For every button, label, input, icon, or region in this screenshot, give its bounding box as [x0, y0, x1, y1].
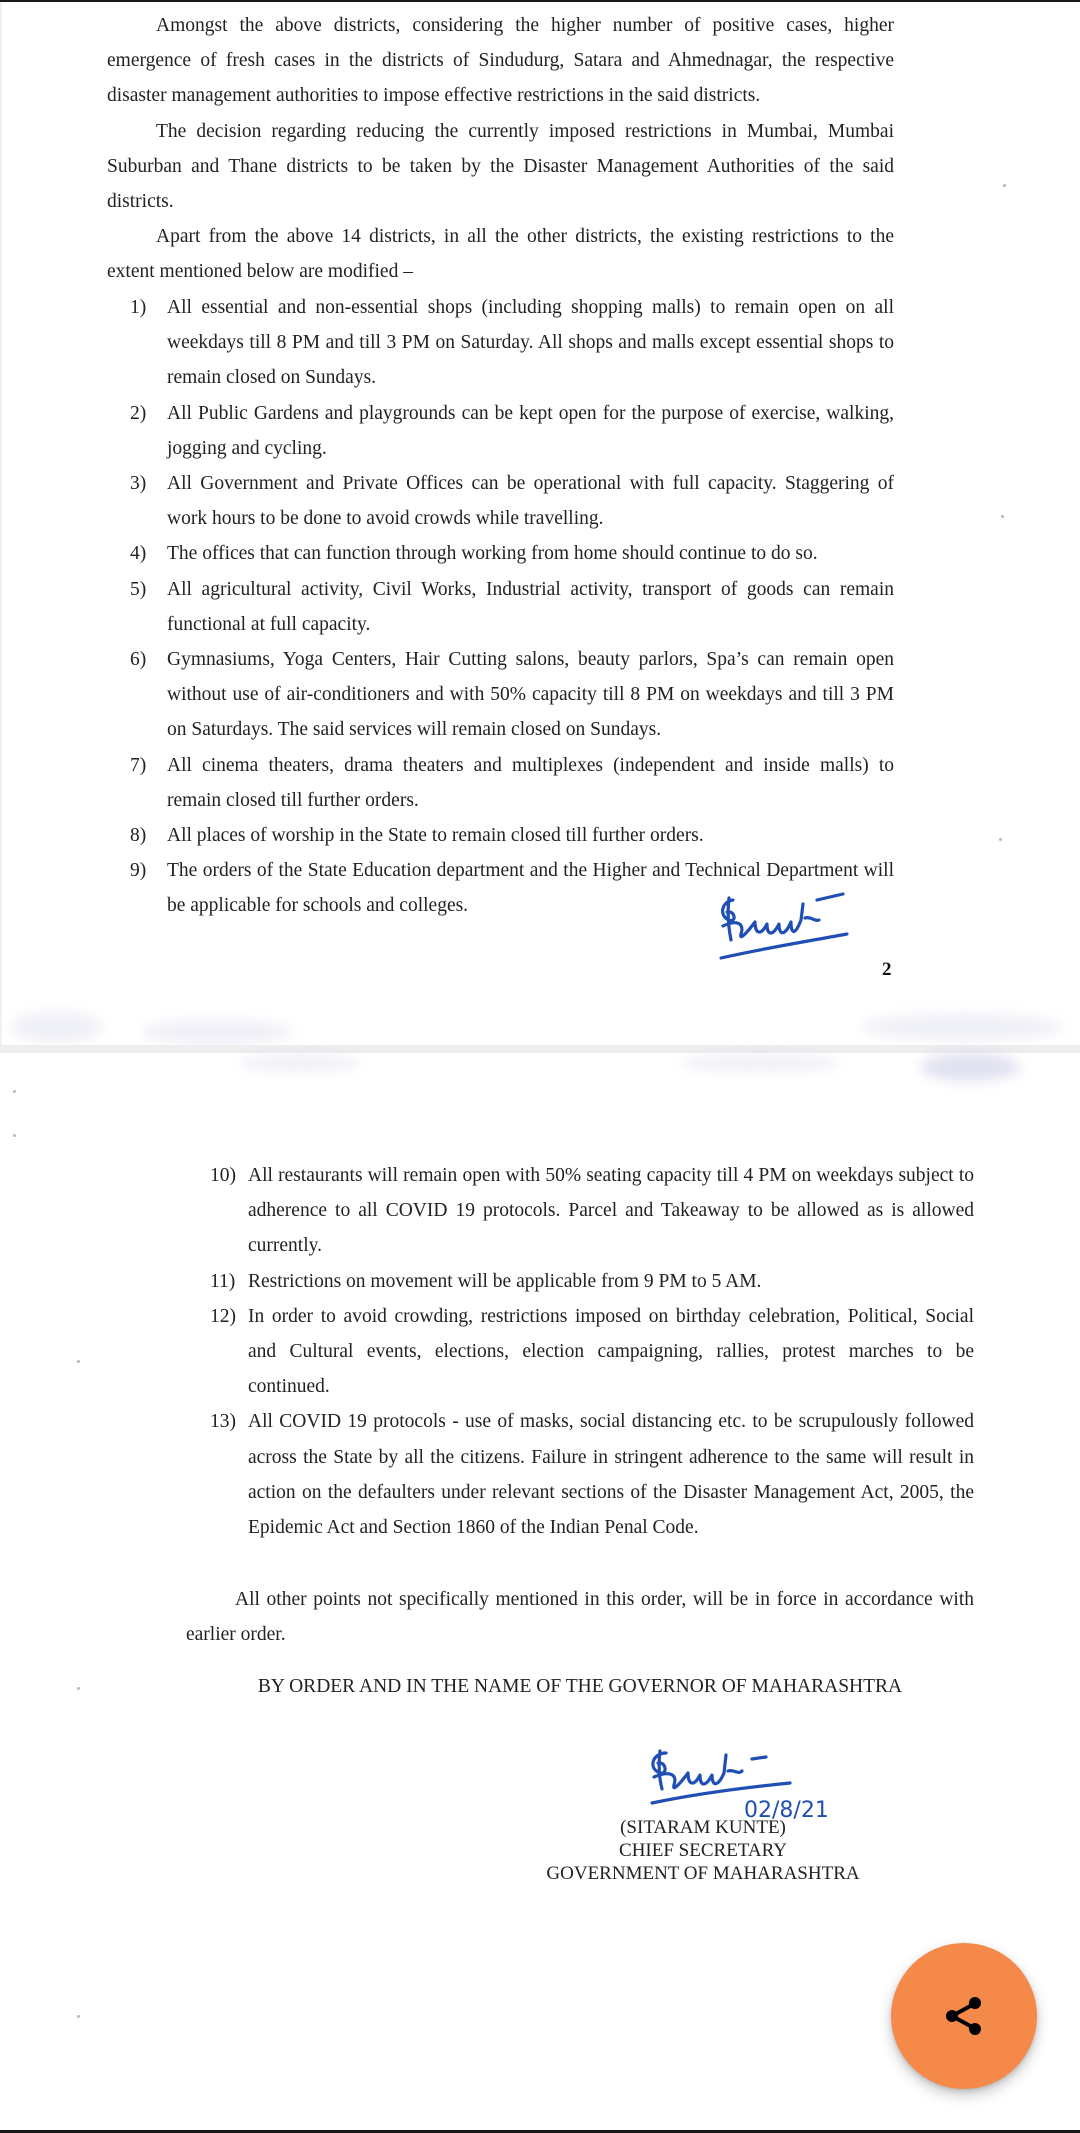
order-text: Gymnasiums, Yoga Centers, Hair Cutting s…	[167, 642, 894, 748]
order-text: Restrictions on movement will be applica…	[248, 1264, 974, 1299]
order-item: 11)Restrictions on movement will be appl…	[210, 1264, 974, 1299]
order-number: 9)	[130, 853, 146, 888]
page-separator	[0, 1045, 1080, 1053]
scan-smudge	[862, 1014, 1062, 1040]
order-number: 12)	[210, 1299, 236, 1334]
order-item: 1)All essential and non-essential shops …	[130, 290, 894, 396]
order-number: 1)	[130, 290, 146, 325]
order-number: 5)	[130, 572, 146, 607]
scan-smudge	[142, 1020, 292, 1044]
order-item: 4)The offices that can function through …	[130, 536, 894, 571]
order-item: 7)All cinema theaters, drama theaters an…	[130, 748, 894, 818]
scan-smudge	[12, 1012, 102, 1042]
signature-initials-page-1	[715, 890, 885, 965]
orders-list-page-2: 10)All restaurants will remain open with…	[210, 1158, 974, 1545]
scan-smudge	[680, 1055, 840, 1071]
order-number: 7)	[130, 748, 146, 783]
signatory-designation: CHIEF SECRETARY	[520, 1839, 886, 1862]
paragraph: Amongst the above districts, considering…	[107, 8, 894, 114]
order-text: The offices that can function through wo…	[167, 536, 894, 571]
scan-smudge	[920, 1053, 1020, 1081]
signatory-name: (SITARAM KUNTE)	[520, 1816, 886, 1839]
order-text: All agricultural activity, Civil Works, …	[167, 572, 894, 642]
order-item: 8)All places of worship in the State to …	[130, 818, 894, 853]
order-item: 10)All restaurants will remain open with…	[210, 1158, 974, 1264]
order-number: 10)	[210, 1158, 236, 1193]
order-item: 2)All Public Gardens and playgrounds can…	[130, 396, 894, 466]
order-item: 12)In order to avoid crowding, restricti…	[210, 1299, 974, 1405]
order-text: All cinema theaters, drama theaters and …	[167, 748, 894, 818]
paragraph: Apart from the above 14 districts, in al…	[107, 219, 894, 289]
orders-list-page-1: 1)All essential and non-essential shops …	[130, 290, 894, 924]
order-number: 2)	[130, 396, 146, 431]
order-text: All COVID 19 protocols - use of masks, s…	[248, 1404, 974, 1545]
by-order-line: BY ORDER AND IN THE NAME OF THE GOVERNOR…	[0, 1676, 1080, 1698]
order-item: 6)Gymnasiums, Yoga Centers, Hair Cutting…	[130, 642, 894, 748]
signatory-block: (SITARAM KUNTE) CHIEF SECRETARY GOVERNME…	[520, 1816, 886, 1885]
signatory-organization: GOVERNMENT OF MAHARASHTRA	[520, 1862, 886, 1885]
order-text: In order to avoid crowding, restrictions…	[248, 1299, 974, 1405]
order-number: 11)	[210, 1264, 235, 1299]
order-item: 5)All agricultural activity, Civil Works…	[130, 572, 894, 642]
order-item: 3)All Government and Private Offices can…	[130, 466, 894, 536]
order-number: 8)	[130, 818, 146, 853]
order-number: 3)	[130, 466, 146, 501]
order-number: 4)	[130, 536, 146, 571]
share-icon	[940, 1992, 988, 2040]
order-number: 6)	[130, 642, 146, 677]
order-number: 13)	[210, 1404, 236, 1439]
page-number: 2	[882, 959, 892, 981]
order-text: All Public Gardens and playgrounds can b…	[167, 396, 894, 466]
share-button[interactable]	[891, 1943, 1037, 2089]
order-text: All Government and Private Offices can b…	[167, 466, 894, 536]
order-item: 13)All COVID 19 protocols - use of masks…	[210, 1404, 974, 1545]
intro-paragraphs: Amongst the above districts, considering…	[107, 8, 894, 290]
scan-smudge	[240, 1055, 360, 1071]
paragraph: The decision regarding reducing the curr…	[107, 114, 894, 220]
signature-page-2: 02/8/21	[640, 1745, 870, 1825]
closing-paragraph: All other points not specifically mentio…	[186, 1582, 974, 1652]
order-text: All essential and non-essential shops (i…	[167, 290, 894, 396]
order-text: All restaurants will remain open with 50…	[248, 1158, 974, 1264]
order-text: All places of worship in the State to re…	[167, 818, 894, 853]
